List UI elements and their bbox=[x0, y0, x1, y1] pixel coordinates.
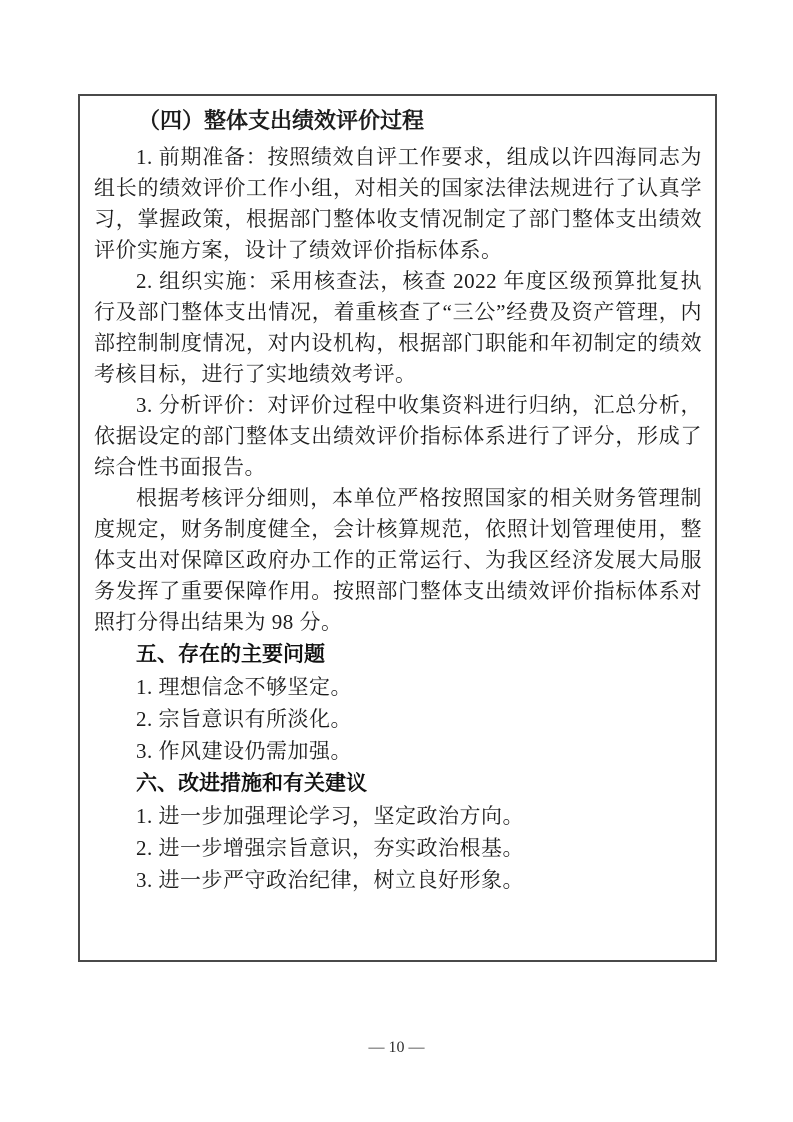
document-border-box: （四）整体支出绩效评价过程 1. 前期准备：按照绩效自评工作要求，组成以许四海同… bbox=[78, 94, 717, 962]
section-heading-five: 五、存在的主要问题 bbox=[94, 638, 702, 671]
problem-item-3: 3. 作风建设仍需加强。 bbox=[94, 735, 702, 767]
suggestion-item-3: 3. 进一步严守政治纪律，树立良好形象。 bbox=[94, 864, 702, 896]
section-heading-four: （四）整体支出绩效评价过程 bbox=[94, 105, 702, 137]
section-heading-six: 六、改进措施和有关建议 bbox=[94, 767, 702, 800]
problem-item-2: 2. 宗旨意识有所淡化。 bbox=[94, 703, 702, 735]
suggestion-item-2: 2. 进一步增强宗旨意识，夯实政治根基。 bbox=[94, 832, 702, 864]
suggestion-item-1: 1. 进一步加强理论学习，坚定政治方向。 bbox=[94, 800, 702, 832]
paragraph-scoring-result: 根据考核评分细则，本单位严格按照国家的相关财务管理制度规定，财务制度健全，会计核… bbox=[94, 483, 702, 638]
page-number: — 10 — bbox=[0, 1037, 793, 1059]
problem-item-1: 1. 理想信念不够坚定。 bbox=[94, 671, 702, 703]
document-page: （四）整体支出绩效评价过程 1. 前期准备：按照绩效自评工作要求，组成以许四海同… bbox=[0, 0, 793, 1122]
paragraph-analysis: 3. 分析评价：对评价过程中收集资料进行归纳，汇总分析，依据设定的部门整体支出绩… bbox=[94, 390, 702, 483]
paragraph-implementation: 2. 组织实施：采用核查法，核查 2022 年度区级预算批复执行及部门整体支出情… bbox=[94, 266, 702, 390]
paragraph-preparation: 1. 前期准备：按照绩效自评工作要求，组成以许四海同志为组长的绩效评价工作小组，… bbox=[94, 142, 702, 266]
